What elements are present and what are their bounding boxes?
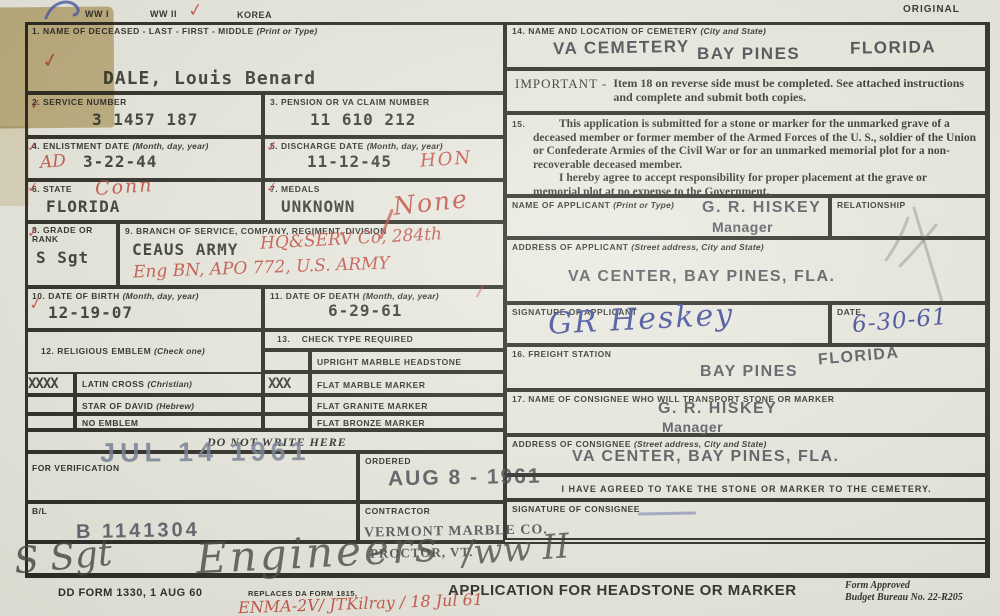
important-text: Item 18 on reverse side must be complete… (613, 77, 978, 104)
cemetery-stamp-baypines: BAY PINES (697, 44, 800, 64)
box9-number: 9. (125, 226, 133, 236)
marker-label-flat-marble: FLAT MARBLE MARKER (317, 380, 425, 390)
cemetery-stamp-florida: FLORIDA (850, 37, 936, 58)
ordered-label: ORDERED (365, 456, 411, 466)
box12-number: 12. (41, 346, 54, 356)
death-date-value: 6-29-61 (328, 301, 402, 320)
important-note-box: IMPORTANT - Item 18 on reverse side must… (505, 69, 988, 113)
emblem-hint-latin-cross: (Christian) (147, 379, 192, 389)
applicant-stamp-title: Manager (712, 219, 773, 235)
box13-check-type-required: 13. CHECK TYPE REQUIRED (263, 330, 505, 350)
box7-label: MEDALS (281, 184, 320, 194)
emblem-checkbox-star-of-david (25, 395, 75, 414)
certification-paragraph-1: This application is submitted for a ston… (533, 118, 976, 172)
consignee-stamp-name: G. R. HISKEY (658, 400, 777, 418)
marker-row-flat-granite: FLAT GRANITE MARKER (310, 395, 505, 414)
tape-edge-remnant (0, 126, 29, 206)
applicant-name-hint: (Print or Type) (613, 200, 674, 210)
claim-number-value: 11 610 212 (310, 110, 416, 129)
emblem-label-no-emblem: NO EMBLEM (82, 418, 138, 428)
emblem-label-star-of-david: STAR OF DAVID (82, 401, 153, 411)
marker-row-flat-bronze: FLAT BRONZE MARKER (310, 414, 505, 430)
agreement-band: I HAVE AGREED TO TAKE THE STONE OR MARKE… (505, 475, 988, 500)
applicant-address-hint: (Street address, City and State) (631, 242, 764, 252)
box16-number: 16. (512, 349, 525, 359)
footer-form-title: APPLICATION FOR HEADSTONE OR MARKER (448, 582, 797, 599)
applicant-name-label: NAME OF APPLICANT (512, 200, 610, 210)
emblem-hint-star-of-david: (Hebrew) (156, 401, 194, 411)
emblem-checkbox-no-emblem (25, 414, 75, 430)
footer-form-id: DD FORM 1330, 1 AUG 60 (58, 587, 202, 599)
box15-certification: 15. This application is submitted for a … (505, 113, 988, 196)
emblem-row-star-of-david: STAR OF DAVID (Hebrew) (75, 395, 263, 414)
emblem-label-latin-cross: LATIN CROSS (82, 379, 144, 389)
box14-label: NAME AND LOCATION OF CEMETERY (528, 26, 697, 36)
verification-date-stamp: JUL 14 1961 (100, 436, 311, 469)
bill-of-lading-label: B/L (32, 506, 47, 516)
applicant-stamp-name: G. R. HISKEY (702, 199, 821, 217)
discharge-date-value: 11-12-45 (307, 152, 392, 171)
box11-hint: (Month, day, year) (363, 291, 439, 301)
contractor-label: CONTRACTOR (365, 506, 430, 516)
relationship-box: RELATIONSHIP (830, 196, 988, 238)
box8-check-mark: ✓ (26, 224, 40, 241)
box11-number: 11. (270, 291, 283, 301)
box11-label: DATE OF DEATH (286, 291, 360, 301)
box3-number: 3. (270, 97, 278, 107)
marker-checkbox-flat-bronze (263, 414, 310, 430)
agreement-text: I HAVE AGREED TO TAKE THE STONE OR MARKE… (507, 484, 986, 494)
box17-number: 17. (512, 394, 525, 404)
box4-label: ENLISTMENT DATE (43, 141, 130, 151)
state-value: FLORIDA (46, 197, 120, 216)
war-label-ww2: WW II (150, 9, 177, 19)
war-label-korea: KOREA (237, 10, 272, 20)
scanned-form-dd1330: WW I WW II ✓ KOREA ORIGINAL 1. NAME OF D… (0, 0, 1000, 616)
footer-approved-line2: Budget Bureau No. 22-R205 (845, 592, 963, 603)
footer-approved-line1: Form Approved (845, 580, 910, 591)
emblem-row-latin-cross: LATIN CROSS (Christian) (75, 372, 263, 395)
pencil-note-rank: S Sgt (12, 533, 113, 582)
deceased-name-value: DALE, Louis Benard (103, 68, 316, 89)
cemetery-stamp-va: VA CEMETERY (553, 37, 690, 59)
box10-label: DATE OF BIRTH (48, 291, 120, 301)
consignee-stamp-title: Manager (662, 419, 723, 435)
box12-label: RELIGIOUS EMBLEM (57, 346, 151, 356)
consignee-signature-box: SIGNATURE OF CONSIGNEE (505, 500, 988, 540)
box1-hint: (Print or Type) (257, 26, 318, 36)
relationship-label: RELATIONSHIP (837, 200, 906, 210)
marker-row-flat-marble: FLAT MARBLE MARKER (310, 372, 505, 395)
enlistment-annotation-ad: AD (39, 151, 66, 173)
marker-flat-marble-xmark: XXX (268, 376, 290, 392)
ww2-check-mark: ✓ (187, 0, 205, 22)
freight-stamp-baypines: BAY PINES (700, 363, 798, 381)
branch-value: CEAUS ARMY (132, 240, 238, 259)
marker-row-upright: UPRIGHT MARBLE HEADSTONE (310, 350, 505, 372)
box13-label: CHECK TYPE REQUIRED (302, 334, 414, 344)
marker-label-upright: UPRIGHT MARBLE HEADSTONE (317, 357, 462, 367)
marker-checkbox-upright (263, 350, 310, 372)
box4-hint: (Month, day, year) (133, 141, 209, 151)
consignee-signature-label: SIGNATURE OF CONSIGNEE (512, 504, 640, 514)
box10-hint: (Month, day, year) (123, 291, 199, 301)
emblem-latin-cross-xmark: XXXX (28, 376, 58, 392)
box14-number: 14. (512, 26, 525, 36)
birth-date-value: 12-19-07 (48, 303, 133, 322)
box13-number: 13. (277, 334, 290, 344)
applicant-address-stamp: VA CENTER, BAY PINES, FLA. (568, 268, 835, 286)
consignee-address-stamp: VA CENTER, BAY PINES, FLA. (572, 448, 839, 466)
certification-paragraph-2: I hereby agree to accept responsibility … (533, 172, 976, 199)
box7-check-mark: ✓ (265, 179, 279, 196)
box12-hint: (Check one) (154, 346, 205, 356)
box8-label: GRADE OR RANK (32, 225, 93, 244)
box6-label: STATE (43, 184, 72, 194)
box3-label: PENSION OR VA CLAIM NUMBER (281, 97, 430, 107)
original-copy-label: ORIGINAL (903, 4, 960, 15)
box5-check-mark: ✓ (265, 138, 279, 155)
marker-label-flat-granite: FLAT GRANITE MARKER (317, 401, 428, 411)
marker-label-flat-bronze: FLAT BRONZE MARKER (317, 418, 425, 428)
applicant-address-label: ADDRESS OF APPLICANT (512, 242, 628, 252)
box5-label: DISCHARGE DATE (281, 141, 364, 151)
box15-number: 15. (512, 119, 525, 129)
box16-label: FREIGHT STATION (528, 349, 611, 359)
emblem-row-no-emblem: NO EMBLEM (75, 414, 263, 430)
box14-hint: (City and State) (700, 26, 766, 36)
important-label: IMPORTANT - (515, 77, 607, 104)
enlistment-date-value: 3-22-44 (83, 152, 157, 171)
tape-patch (0, 6, 115, 128)
discharge-annotation-hon: HON (419, 147, 473, 172)
grade-value: S Sgt (36, 248, 89, 267)
medals-value: UNKNOWN (281, 197, 355, 216)
marker-checkbox-flat-granite (263, 395, 310, 414)
